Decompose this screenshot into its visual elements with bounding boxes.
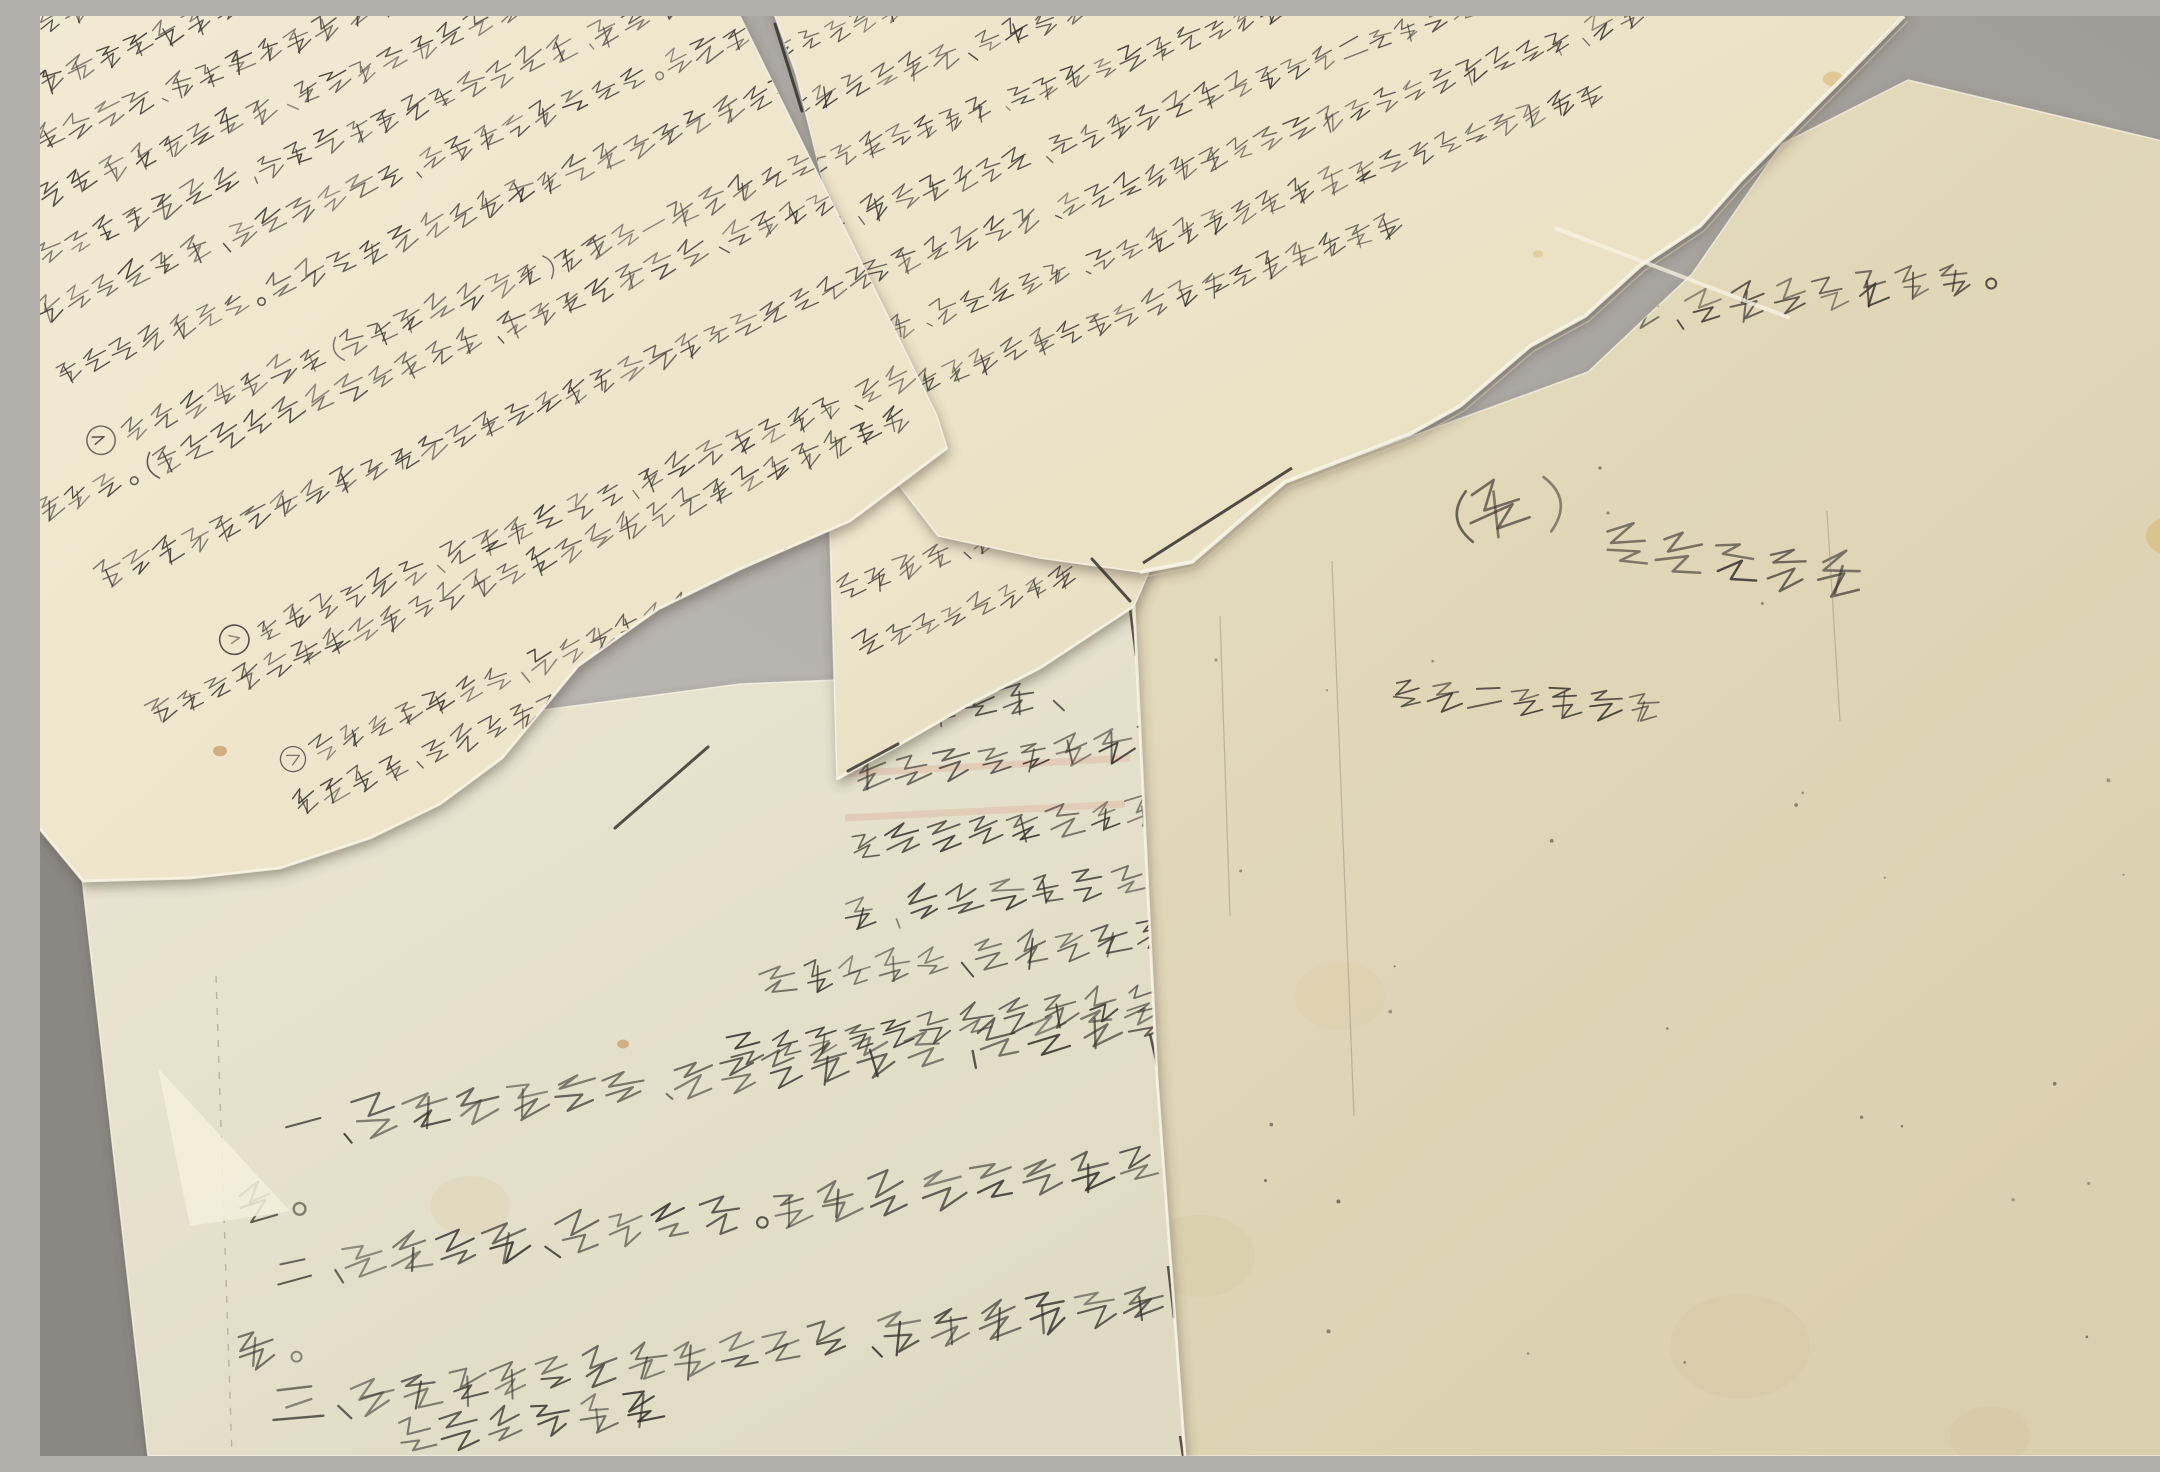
paper-speck (1326, 689, 1328, 691)
photo-canvas (40, 16, 2160, 1456)
paper-speck (1269, 1123, 1273, 1127)
paper-speck (1336, 1199, 1340, 1203)
paper-speck (1794, 803, 1798, 807)
paper-stain (1295, 962, 1385, 1030)
paper-speck (1264, 1179, 1267, 1182)
paper-speck (2123, 874, 2125, 876)
paper-speck (1683, 1361, 1686, 1364)
paper-speck (1801, 792, 1803, 794)
paper-speck (2053, 1082, 2057, 1086)
paper-speck (1761, 602, 1764, 605)
manuscript-photo (40, 16, 2160, 1456)
paper-stain (213, 746, 227, 757)
paper-speck (1394, 965, 1396, 967)
paper-speck (1431, 660, 1434, 663)
paper-speck (2086, 1336, 2089, 1339)
paper-stain (1670, 1294, 1810, 1399)
paper-speck (1388, 1010, 1392, 1014)
paper-speck (1666, 1027, 1669, 1030)
paper-stain (1533, 250, 1543, 258)
paper-speck (2106, 778, 2110, 782)
paper-speck (1527, 1352, 1529, 1354)
paper-speck (1860, 1116, 1864, 1120)
paper-speck (1901, 1125, 1903, 1127)
paper-speck (1550, 839, 1554, 843)
paper-speck (1214, 658, 1217, 661)
paper-speck (1884, 877, 1886, 879)
paper-stain (617, 1040, 629, 1049)
paper-speck (1327, 1329, 1331, 1333)
paper-speck (1239, 869, 1242, 872)
paper-speck (2087, 1182, 2090, 1185)
paper-speck (2012, 1198, 2015, 1201)
